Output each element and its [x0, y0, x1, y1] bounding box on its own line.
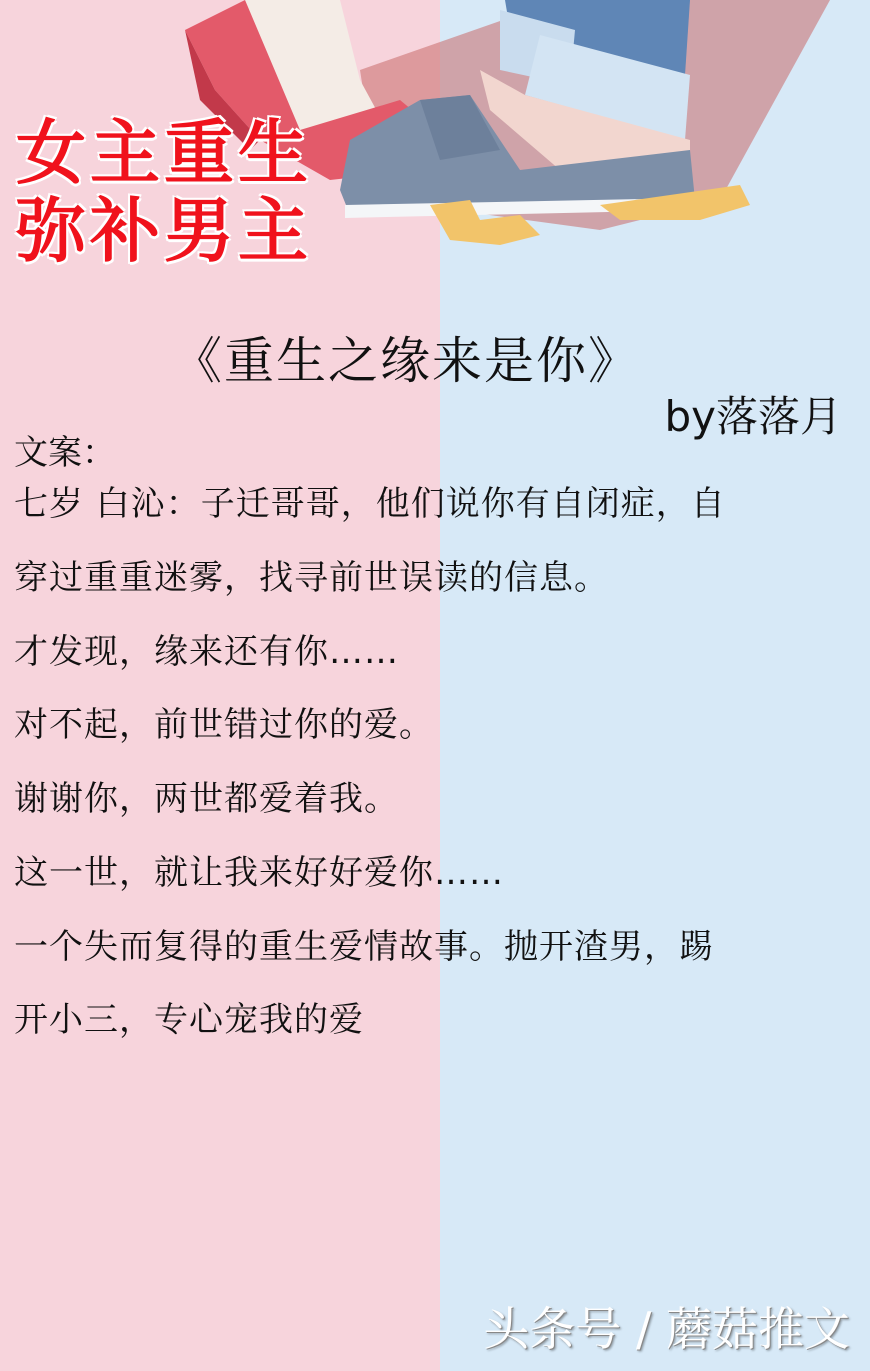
synopsis-line: 这一世，就让我来好好爱你…… [14, 856, 504, 890]
headline-line-1: 女主重生 [16, 118, 312, 188]
synopsis-line: 谢谢你，两世都爱着我。 [14, 782, 399, 816]
synopsis-line: 开小三，专心宠我的爱 [14, 1003, 364, 1037]
synopsis-line: 一个失而复得的重生爱情故事。抛开渣男，踢 [14, 930, 714, 964]
headline-line-2: 弥补男主 [16, 196, 312, 266]
synopsis-line: 穿过重重迷雾，找寻前世误读的信息。 [14, 561, 609, 595]
watermark: 头条号 / 蘑菇推文 [483, 1306, 850, 1352]
synopsis-line: 才发现，缘来还有你…… [14, 635, 399, 669]
book-title: 《重生之缘来是你》 [172, 336, 640, 386]
author-byline: by落落月 [664, 396, 842, 438]
synopsis-line: 七岁 白沁：子迁哥哥，他们说你有自闭症，自 [14, 487, 726, 521]
synopsis-line: 对不起，前世错过你的爱。 [14, 708, 434, 742]
synopsis-label: 文案： [14, 436, 116, 470]
watermark-platform: 头条号 / 蘑菇推文 [483, 1302, 850, 1356]
